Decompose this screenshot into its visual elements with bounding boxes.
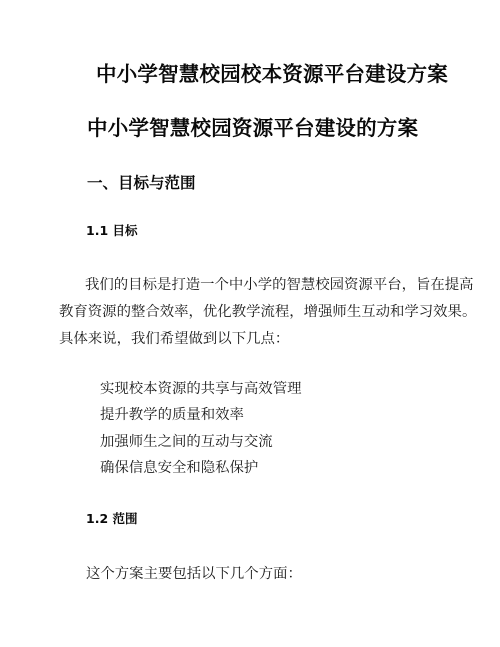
goal-paragraph-line: 教育资源的整合效率，优化教学流程，增强师生互动和学习效果。 (59, 299, 441, 326)
goal-list: 实现校本资源的共享与高效管理 提升教学的质量和效率 加强师生之间的互动与交流 确… (100, 376, 301, 481)
document-title: 中小学智慧校园校本资源平台建设方案 (96, 62, 448, 86)
goal-list-item: 加强师生之间的互动与交流 (100, 429, 301, 455)
document-page: 中小学智慧校园校本资源平台建设方案 中小学智慧校园资源平台建设的方案 一、目标与… (0, 0, 500, 647)
subsection-heading-goal: 1.1 目标 (86, 223, 138, 239)
goal-paragraph-line: 我们的目标是打造一个中小学的智慧校园资源平台，旨在提高 (59, 272, 441, 299)
scope-paragraph: 这个方案主要包括以下几个方面： (86, 564, 302, 584)
goal-list-item: 提升教学的质量和效率 (100, 402, 301, 428)
goal-list-item: 确保信息安全和隐私保护 (100, 455, 301, 481)
section-heading-goals-and-scope: 一、目标与范围 (87, 173, 196, 193)
goal-paragraph: 我们的目标是打造一个中小学的智慧校园资源平台，旨在提高 教育资源的整合效率，优化… (59, 272, 441, 353)
goal-list-item: 实现校本资源的共享与高效管理 (100, 376, 301, 402)
document-subtitle: 中小学智慧校园资源平台建设的方案 (87, 116, 418, 140)
goal-paragraph-line: 具体来说，我们希望做到以下几点： (59, 326, 441, 353)
subsection-heading-scope: 1.2 范围 (86, 511, 138, 527)
